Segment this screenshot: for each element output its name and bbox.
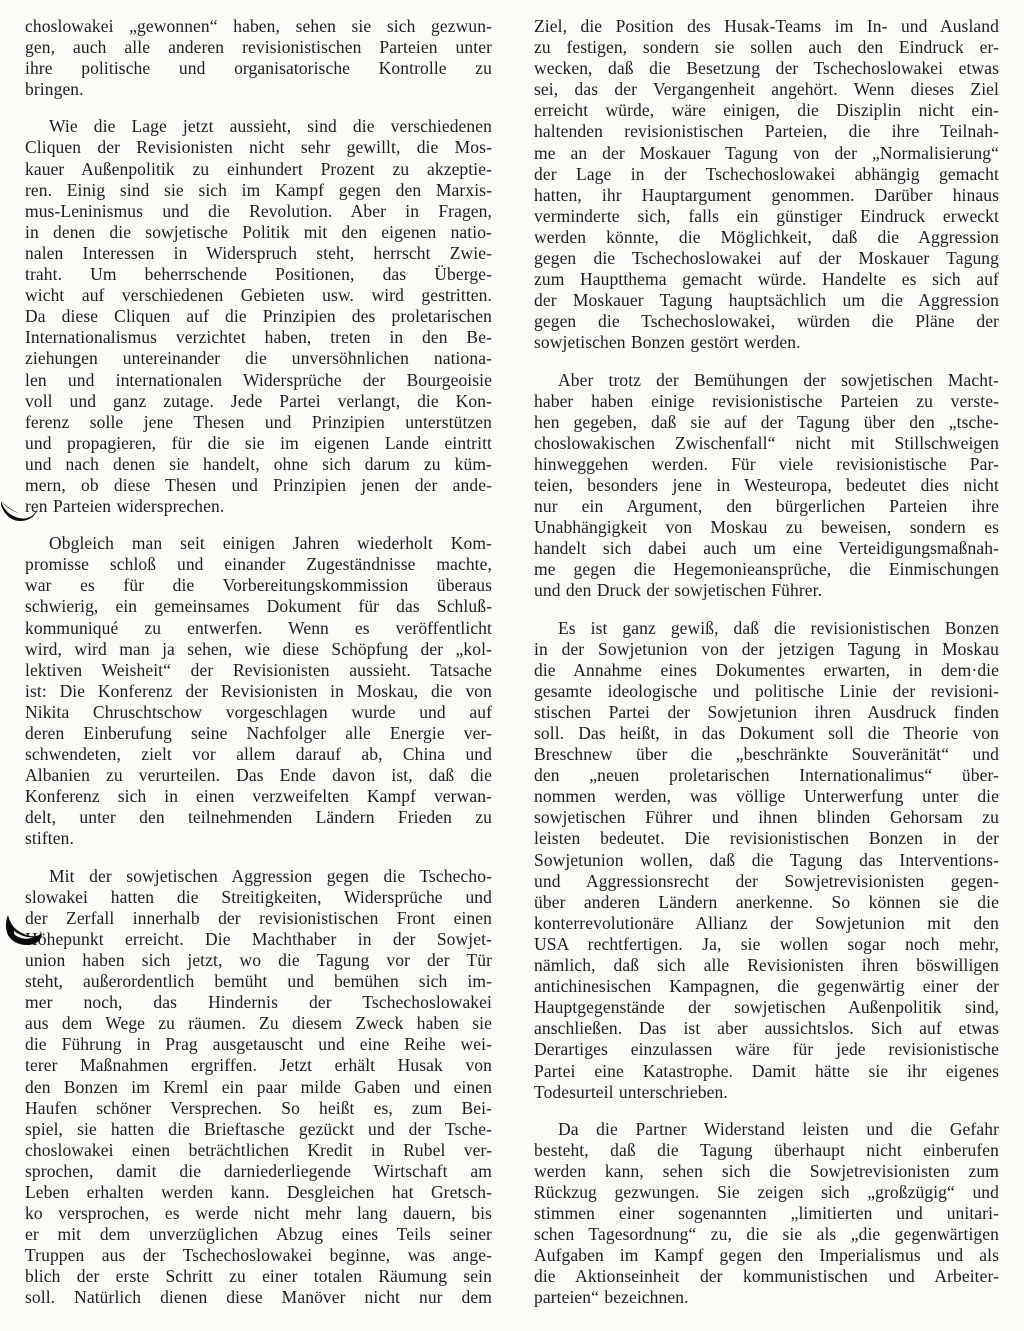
text-line: steht, außerordentlich bemüht und bemühe… bbox=[25, 971, 492, 992]
text-line: mus-Leninismus und die Revolution. Aber … bbox=[25, 201, 492, 222]
text-line: nommen werden, was völlige Unterwerfung … bbox=[534, 786, 999, 807]
text-line: leisten bedeutet. Die revisionistischen … bbox=[534, 828, 999, 849]
text-line: traht. Um beherrschende Positionen, das … bbox=[25, 264, 492, 285]
text-line: Haufen schöner Versprechen. So heißt es,… bbox=[25, 1098, 492, 1119]
text-line: Mit der sowjetischen Aggression gegen di… bbox=[25, 866, 492, 887]
text-line: und nach denen sie handelt, ohne sich da… bbox=[25, 454, 492, 475]
text-line: ren Parteien widersprechen. bbox=[25, 496, 492, 517]
text-line: ren. Einig sind sie sich im Kampf gegen … bbox=[25, 180, 492, 201]
text-line: besteht, daß die Tagung überhaupt nicht … bbox=[534, 1140, 999, 1161]
text-line: sprochen, damit die darniederliegende Wi… bbox=[25, 1161, 492, 1182]
text-line: wecken, daß die Besetzung der Tschechosl… bbox=[534, 58, 999, 79]
text-line: sei, das der Vergangenheit angehört. Wen… bbox=[534, 79, 999, 100]
text-line: mern, ob diese Thesen und Prinzipien jen… bbox=[25, 475, 492, 496]
text-line: der Lage in der Tschechoslowakei abhängi… bbox=[534, 164, 999, 185]
text-line: nur ein Argument, den bürgerlichen Parte… bbox=[534, 496, 999, 517]
text-line: terer Maßnahmen ergriffen. Jetzt erhält … bbox=[25, 1055, 492, 1076]
paragraph: Mit der sowjetischen Aggression gegen di… bbox=[25, 866, 492, 1309]
text-line: Da diese Cliquen auf die Prinzipien des … bbox=[25, 306, 492, 327]
text-line: die Aktionseinheit der kommunistischen u… bbox=[534, 1266, 999, 1287]
text-line: Höhepunkt erreicht. Die Machthaber in de… bbox=[25, 929, 492, 950]
text-line: Internationalismus verzichtet haben, tre… bbox=[25, 327, 492, 348]
text-line: werden kann, sehen sich die Sowjetrevisi… bbox=[534, 1161, 999, 1182]
text-line: me an der Moskauer Tagung von der „Norma… bbox=[534, 143, 999, 164]
text-line: ziehungen untereinander die unversöhnlic… bbox=[25, 348, 492, 369]
text-line: spiel, sie hatten die Brieftasche gezück… bbox=[25, 1119, 492, 1140]
text-line: Truppen aus der Tschechoslowakei beginne… bbox=[25, 1245, 492, 1266]
text-line: ist: Die Konferenz der Revisionisten in … bbox=[25, 681, 492, 702]
text-line: er mit dem unverzüglichen Abzug eines Te… bbox=[25, 1224, 492, 1245]
text-line: bringen. bbox=[25, 79, 492, 100]
text-column-left: choslowakei „gewonnen“ haben, sehen sie … bbox=[25, 16, 492, 1309]
text-line: hatten, ihr Hauptargument genommen. Darü… bbox=[534, 185, 999, 206]
text-line: ihre politische und organisatorische Kon… bbox=[25, 58, 492, 79]
text-line: die Führung in Prag ausgetauscht und ein… bbox=[25, 1034, 492, 1055]
text-line: und den Druck der sowjetischen Führer. bbox=[534, 580, 999, 601]
text-line: Cliquen der Revisionisten nicht sehr gew… bbox=[25, 137, 492, 158]
text-line: parteien“ bezeichnen. bbox=[534, 1287, 999, 1308]
text-line: soll. Natürlich dienen diese Manöver nic… bbox=[25, 1287, 492, 1308]
text-line: Hauptgegenstände der sowjetischen Außenp… bbox=[534, 997, 999, 1018]
text-line: Ziel, die Position des Husak-Teams im In… bbox=[534, 16, 999, 37]
text-line: Da die Partner Widerstand leisten und di… bbox=[534, 1119, 999, 1140]
text-line: me gegen die Hegemonieansprüche, die Ein… bbox=[534, 559, 999, 580]
paragraph: Aber trotz der Bemühungen der sowjetisch… bbox=[534, 370, 999, 602]
text-line: choslowakei einen beträchtlichen Kredit … bbox=[25, 1140, 492, 1161]
text-line: stiften. bbox=[25, 828, 492, 849]
text-line: Obgleich man seit einigen Jahren wiederh… bbox=[25, 533, 492, 554]
text-line: war es für die Vorbereitungskommission ü… bbox=[25, 575, 492, 596]
text-line: handelt sich dabei auch um eine Verteidi… bbox=[534, 538, 999, 559]
text-line: schwendeten, zielt vor allem darauf ab, … bbox=[25, 744, 492, 765]
text-line: Partei eine Katastrophe. Damit hätte sie… bbox=[534, 1061, 999, 1082]
text-line: Leben erhalten werden kann. Desgleichen … bbox=[25, 1182, 492, 1203]
text-line: der Moskauer Tagung hauptsächlich um die… bbox=[534, 290, 999, 311]
text-line: kommuniqué zu entwerfen. Wenn es veröffe… bbox=[25, 618, 492, 639]
text-line: Rückzug gezwungen. Sie zeigen sich „groß… bbox=[534, 1182, 999, 1203]
text-line: Breschnew über die „beschränkte Souverän… bbox=[534, 744, 999, 765]
text-line: len und internationalen Widersprüche der… bbox=[25, 370, 492, 391]
text-line: deren Einberufung seine Nachfolger alle … bbox=[25, 723, 492, 744]
text-line: gen, auch alle anderen revisionistischen… bbox=[25, 37, 492, 58]
text-line: union haben sich jetzt, wo die Tagung vo… bbox=[25, 950, 492, 971]
paragraph: Ziel, die Position des Husak-Teams im In… bbox=[534, 16, 999, 354]
text-line: delt, unter den teilnehmenden Ländern Fr… bbox=[25, 807, 492, 828]
text-line: antichinesischen Kampagnen, die gegenwär… bbox=[534, 976, 999, 997]
text-line: verminderte sich, falls ein günstiger Ei… bbox=[534, 206, 999, 227]
text-line: hen gegeben, daß sie auf der Tagung über… bbox=[534, 412, 999, 433]
text-line: Es ist ganz gewiß, daß die revisionistis… bbox=[534, 618, 999, 639]
text-line: gegen die Tschechoslowakei auf der Moska… bbox=[534, 248, 999, 269]
paragraph: Da die Partner Widerstand leisten und di… bbox=[534, 1119, 999, 1309]
text-line: schen Tagesordnung“ zu, die sie als „die… bbox=[534, 1224, 999, 1245]
text-line: zu festigen, sondern sie sollen auch den… bbox=[534, 37, 999, 58]
text-line: Wie die Lage jetzt aussieht, sind die ve… bbox=[25, 116, 492, 137]
text-line: die Annahme eines Dokumentes erwarten, i… bbox=[534, 660, 999, 681]
text-line: wird, wird man ja sehen, wie diese Schöp… bbox=[25, 639, 492, 660]
text-line: den „neuen proletarischen Internationali… bbox=[534, 765, 999, 786]
text-line: choslowakischen Zwischenfall“ nicht mit … bbox=[534, 433, 999, 454]
text-line: werden könnte, die Möglichkeit, daß die … bbox=[534, 227, 999, 248]
text-line: in der Sowjetunion von der jetzigen Tagu… bbox=[534, 639, 999, 660]
text-line: zum Hauptthema gemacht würde. Handelte e… bbox=[534, 269, 999, 290]
text-line: gesamte ideologische und politische Lini… bbox=[534, 681, 999, 702]
text-line: den Bonzen im Kreml ein paar milde Gaben… bbox=[25, 1077, 492, 1098]
text-line: anschließen. Das ist aber aussichtslos. … bbox=[534, 1018, 999, 1039]
text-line: Sowjetunion wollen, daß die Tagung das I… bbox=[534, 850, 999, 871]
text-line: kauer Außenpolitik zu einhundert Prozent… bbox=[25, 159, 492, 180]
text-line: konterrevolutionäre Allianz der Sowjetun… bbox=[534, 913, 999, 934]
text-line: und Aggressionsrecht der Sowjetrevisioni… bbox=[534, 871, 999, 892]
text-line: in denen die sowjetische Politik mit den… bbox=[25, 222, 492, 243]
text-line: teien, besonders jene in Westeuropa, bed… bbox=[534, 475, 999, 496]
paragraph: choslowakei „gewonnen“ haben, sehen sie … bbox=[25, 16, 492, 100]
paragraph: Es ist ganz gewiß, daß die revisionistis… bbox=[534, 618, 999, 1103]
text-line: wicht auf verschiedenen Gebieten usw. wi… bbox=[25, 285, 492, 306]
text-line: ferenz solle jene Thesen und Prinzipien … bbox=[25, 412, 492, 433]
text-line: haber haben einige revisionistische Part… bbox=[534, 391, 999, 412]
text-line: erreicht würde, wäre einigen, die Diszip… bbox=[534, 100, 999, 121]
text-line: promisse schloß und einander Zugeständni… bbox=[25, 554, 492, 575]
text-line: Unabhängigkeit von Moskau zu beweisen, s… bbox=[534, 517, 999, 538]
text-line: hinweggehen werden. Für viele revisionis… bbox=[534, 454, 999, 475]
text-line: Nikita Chruschtschow vorgeschlagen wurde… bbox=[25, 702, 492, 723]
paragraph: Obgleich man seit einigen Jahren wiederh… bbox=[25, 533, 492, 849]
text-line: slowakei hatten die Streitigkeiten, Wide… bbox=[25, 887, 492, 908]
text-line: Derartiges einzulassen wäre für jede rev… bbox=[534, 1039, 999, 1060]
text-line: choslowakei „gewonnen“ haben, sehen sie … bbox=[25, 16, 492, 37]
text-line: gegen die Tschechoslowakei, würden die P… bbox=[534, 311, 999, 332]
text-line: stischen Partei der Sowjetunion ihren Au… bbox=[534, 702, 999, 723]
text-line: sowjetischen Führer und ihnen blinden Ge… bbox=[534, 807, 999, 828]
text-line: lektiven Weisheit“ der Revisionisten aus… bbox=[25, 660, 492, 681]
text-line: Aufgaben im Kampf gegen den Imperialismu… bbox=[534, 1245, 999, 1266]
paragraph: Wie die Lage jetzt aussieht, sind die ve… bbox=[25, 116, 492, 517]
text-line: blich der erste Schritt zu einer totalen… bbox=[25, 1266, 492, 1287]
text-line: Aber trotz der Bemühungen der sowjetisch… bbox=[534, 370, 999, 391]
text-line: Todesurteil unterschrieben. bbox=[534, 1082, 999, 1103]
text-line: nämlich, daß sich alle Revisionisten ihr… bbox=[534, 955, 999, 976]
text-line: und propagieren, für die sie im eigenen … bbox=[25, 433, 492, 454]
text-line: ko versprochen, es werde nicht mehr lang… bbox=[25, 1203, 492, 1224]
text-line: mer noch, das Hindernis der Tschechoslow… bbox=[25, 992, 492, 1013]
text-line: Konferenz sich in einen verzweifelten Ka… bbox=[25, 786, 492, 807]
text-line: über anderen Ländern anerkenne. So könne… bbox=[534, 892, 999, 913]
text-column-right: Ziel, die Position des Husak-Teams im In… bbox=[534, 16, 999, 1309]
text-line: Albanien zu verurteilen. Das Ende davon … bbox=[25, 765, 492, 786]
scanned-page: choslowakei „gewonnen“ haben, sehen sie … bbox=[0, 0, 1024, 1331]
text-line: soll. Das heißt, in das Dokument soll di… bbox=[534, 723, 999, 744]
text-line: sowjetischen Bonzen gestört werden. bbox=[534, 332, 999, 353]
text-line: USA rechtfertigen. Ja, sie wollen sogar … bbox=[534, 934, 999, 955]
text-line: haltenden revisionistischen Parteien, di… bbox=[534, 121, 999, 142]
text-line: nalen Interessen in Widerspruch steht, h… bbox=[25, 243, 492, 264]
text-line: voll und ganz zutage. Jede Partei verlan… bbox=[25, 391, 492, 412]
text-line: stimmen einer sogenannten „limitierten u… bbox=[534, 1203, 999, 1224]
text-line: schwierig, ein gemeinsames Dokument für … bbox=[25, 596, 492, 617]
text-line: der Zerfall innerhalb der revisionistisc… bbox=[25, 908, 492, 929]
text-line: aus dem Wege zu räumen. Zu diesem Zweck … bbox=[25, 1013, 492, 1034]
